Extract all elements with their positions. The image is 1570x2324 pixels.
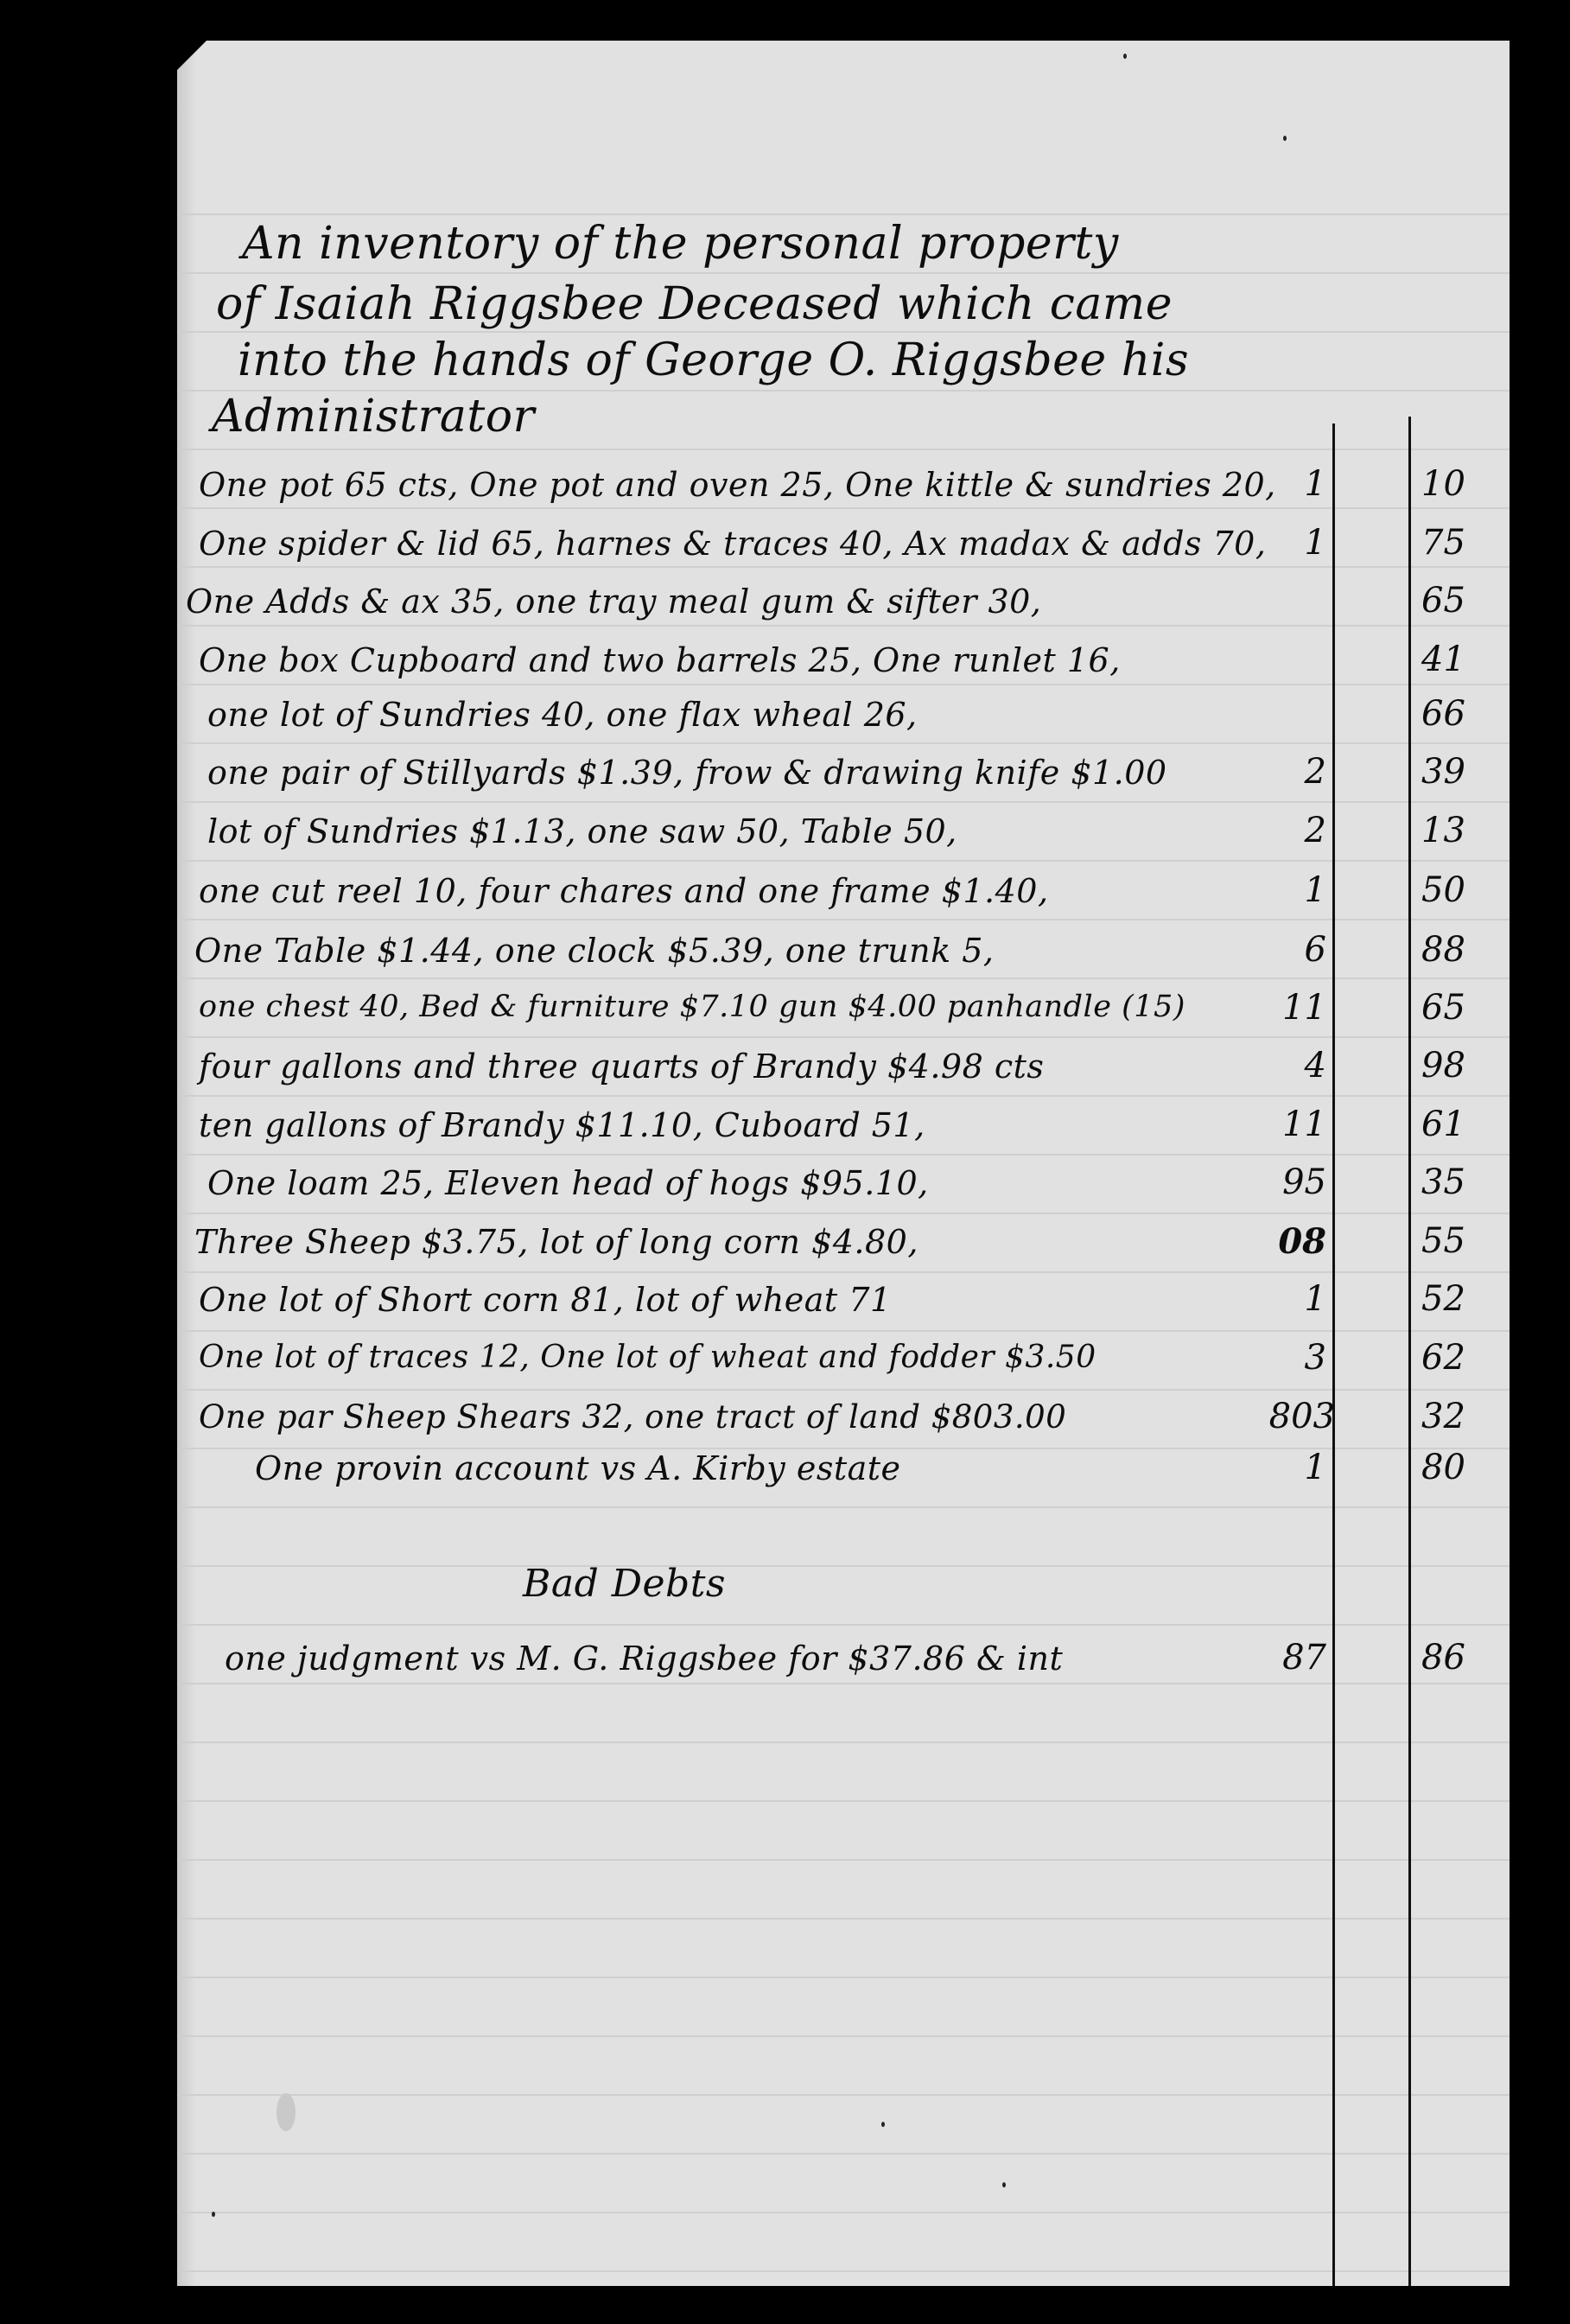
item-description: lot of Sundries $1.13, one saw 50, Table… — [207, 812, 957, 850]
item-cents: 88 — [1421, 930, 1499, 970]
item-cents: 41 — [1421, 640, 1499, 679]
item-cents: 10 — [1421, 464, 1499, 504]
ruled-line — [177, 1095, 1510, 1097]
item-description: One provin account vs A. Kirby estate — [255, 1449, 901, 1487]
heading-line-3: into the hands of George O. Riggsbee his — [238, 334, 1189, 386]
ruled-line — [177, 1800, 1510, 1802]
item-description: one pair of Stillyards $1.39, frow & dra… — [207, 754, 1167, 792]
item-cents: 32 — [1421, 1397, 1499, 1436]
ruled-line — [177, 1330, 1510, 1332]
item-description: One loam 25, Eleven head of hogs $95.10, — [207, 1164, 929, 1202]
ruled-line — [177, 1977, 1510, 1978]
item-description: one cut reel 10, four chares and one fra… — [199, 872, 1049, 910]
heading-line-4: Administrator — [212, 391, 535, 443]
ruled-line — [177, 684, 1510, 685]
cents-column-divider — [1408, 417, 1411, 2286]
item-dollars: 1 — [1249, 1448, 1326, 1487]
paper-speck — [1002, 2182, 1006, 2187]
paper-stain — [276, 2093, 296, 2131]
dollars-column-divider — [1332, 423, 1335, 2286]
item-description: one lot of Sundries 40, one flax wheal 2… — [207, 696, 918, 734]
item-description: ten gallons of Brandy $11.10, Cuboard 51… — [199, 1106, 925, 1144]
item-cents: 66 — [1421, 694, 1499, 734]
ruled-line — [177, 2094, 1510, 2096]
ruled-line — [177, 2270, 1510, 2272]
ruled-line — [177, 1213, 1510, 1214]
item-description: One lot of traces 12, One lot of wheat a… — [199, 1340, 1096, 1375]
item-cents: 55 — [1421, 1221, 1499, 1261]
bad-debt-description: one judgment vs M. G. Riggsbee for $37.8… — [225, 1640, 1063, 1678]
item-dollars: 11 — [1249, 988, 1326, 1028]
ruled-line — [177, 1624, 1510, 1626]
bad-debt-cents: 86 — [1421, 1638, 1499, 1678]
ruled-line — [177, 919, 1510, 920]
item-dollars: 803 — [1257, 1397, 1335, 1436]
ruled-line — [177, 1918, 1510, 1920]
ruled-line — [177, 1859, 1510, 1861]
ruled-line — [177, 742, 1510, 744]
ruled-line — [177, 1389, 1510, 1391]
heading-line-2: of Isaiah Riggsbee Deceased which came — [216, 278, 1173, 330]
paper-speck — [212, 2212, 215, 2217]
item-description: One pot 65 cts, One pot and oven 25, One… — [199, 466, 1276, 504]
ruled-line — [177, 1036, 1510, 1038]
item-description: four gallons and three quarts of Brandy … — [199, 1047, 1044, 1086]
item-dollars: 1 — [1249, 870, 1326, 910]
item-cents: 35 — [1421, 1162, 1499, 1202]
ruled-line — [177, 1154, 1510, 1156]
item-description: One box Cupboard and two barrels 25, One… — [199, 641, 1121, 679]
item-description: one chest 40, Bed & furniture $7.10 gun … — [199, 990, 1185, 1024]
ruled-line — [177, 2212, 1510, 2213]
bad-debt-dollars: 87 — [1249, 1638, 1326, 1678]
item-dollars: 1 — [1249, 464, 1326, 504]
ruled-line — [177, 1271, 1510, 1273]
item-cents: 13 — [1421, 811, 1499, 850]
ruled-line — [177, 625, 1510, 627]
paper-speck — [881, 2122, 885, 2127]
heading-line-1: An inventory of the personal property — [242, 218, 1119, 270]
item-dollars: 1 — [1249, 1279, 1326, 1319]
paper-speck — [1283, 136, 1287, 141]
item-cents: 39 — [1421, 752, 1499, 792]
item-description: One lot of Short corn 81, lot of wheat 7… — [199, 1281, 892, 1319]
ruled-line — [177, 860, 1510, 862]
item-cents: 52 — [1421, 1279, 1499, 1319]
item-cents: 98 — [1421, 1046, 1499, 1086]
item-dollars: 95 — [1249, 1162, 1326, 1202]
ruled-line — [177, 1683, 1510, 1684]
item-dollars: 3 — [1249, 1338, 1326, 1378]
document-page: An inventory of the personal property of… — [177, 41, 1510, 2286]
item-dollars: 2 — [1249, 752, 1326, 792]
folded-corner — [175, 39, 208, 72]
item-cents: 61 — [1421, 1105, 1499, 1144]
item-description: One Adds & ax 35, one tray meal gum & si… — [186, 583, 1041, 621]
item-cents: 62 — [1421, 1338, 1499, 1378]
ruled-line — [177, 331, 1510, 333]
item-description: One Table $1.44, one clock $5.39, one tr… — [194, 932, 994, 970]
item-dollars: 11 — [1249, 1105, 1326, 1144]
item-description: Three Sheep $3.75, lot of long corn $4.8… — [194, 1223, 918, 1261]
ruled-line — [177, 566, 1510, 568]
ruled-line — [177, 449, 1510, 450]
ruled-line — [177, 1565, 1510, 1567]
item-dollars: 1 — [1249, 523, 1326, 563]
item-cents: 80 — [1421, 1448, 1499, 1487]
ruled-line — [177, 272, 1510, 274]
item-dollars: 08 — [1249, 1221, 1326, 1262]
ruled-line — [177, 977, 1510, 979]
ruled-line — [177, 213, 1510, 215]
item-description: One spider & lid 65, harnes & traces 40,… — [199, 525, 1266, 563]
bad-debts-heading: Bad Debts — [523, 1562, 726, 1606]
ruled-line — [177, 2035, 1510, 2037]
item-cents: 50 — [1421, 870, 1499, 910]
ruled-line — [177, 801, 1510, 803]
item-cents: 65 — [1421, 988, 1499, 1028]
item-cents: 65 — [1421, 581, 1499, 621]
ruled-line — [177, 2153, 1510, 2155]
item-cents: 75 — [1421, 523, 1499, 563]
item-description: One par Sheep Shears 32, one tract of la… — [199, 1398, 1066, 1436]
item-dollars: 2 — [1249, 811, 1326, 850]
item-dollars: 4 — [1249, 1046, 1326, 1086]
ruled-line — [177, 1741, 1510, 1743]
ruled-line — [177, 1506, 1510, 1508]
ruled-line — [177, 507, 1510, 509]
item-dollars: 6 — [1249, 930, 1326, 970]
paper-speck — [1123, 54, 1127, 59]
